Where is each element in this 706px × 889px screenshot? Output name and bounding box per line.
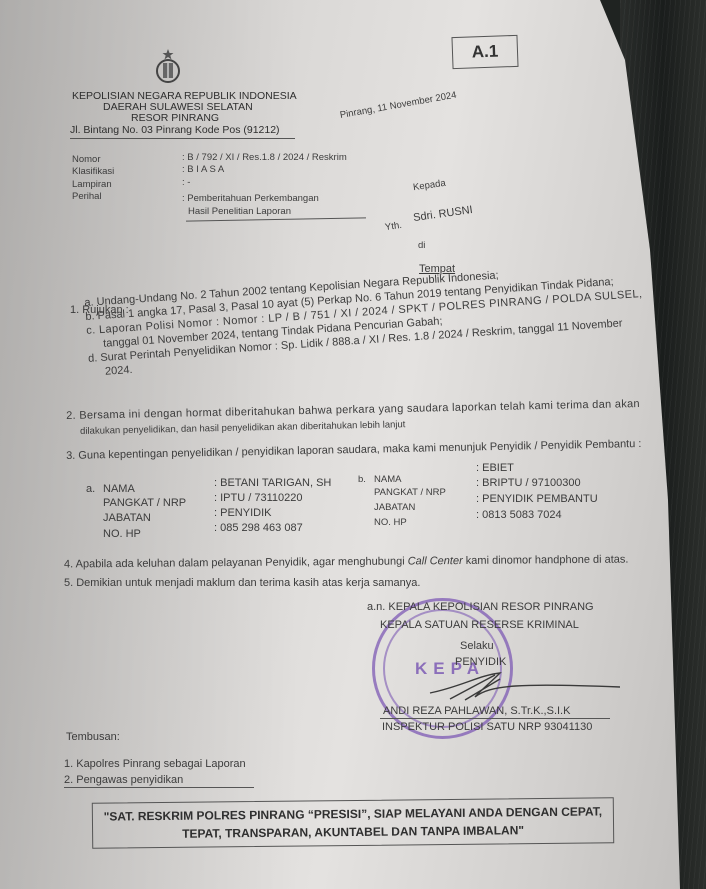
klasifikasi-label: Klasifikasi	[72, 166, 114, 177]
signature-line-2: KEPALA SATUAN RESERSE KRIMINAL	[380, 619, 579, 631]
signature-line-3: Selaku	[460, 640, 494, 652]
yth-label: Yth.	[384, 220, 402, 233]
investigator-a-marker: a.	[86, 483, 95, 495]
header-divider	[70, 138, 295, 139]
investigator-b-nama: : EBIET	[476, 462, 514, 474]
investigator-a-nama: : BETANI TARIGAN, SH	[214, 477, 331, 489]
tembusan-item-2: 2. Pengawas penyidikan	[64, 774, 183, 786]
klasifikasi-value: : B I A S A	[182, 164, 224, 175]
investigator-a-label-nama: NAMA	[103, 483, 135, 495]
tembusan-item-1: 1. Kapolres Pinrang sebagai Laporan	[64, 758, 246, 770]
investigator-a-label-pangkat: PANGKAT / NRP	[103, 497, 186, 509]
perihal-value-1: : Pemberitahuan Perkembangan	[182, 193, 319, 204]
signatory-underline	[380, 718, 610, 719]
tembusan-title: Tembusan:	[66, 731, 120, 743]
header-address: Jl. Bintang No. 03 Pinrang Kode Pos (912…	[70, 124, 280, 136]
investigator-b-marker: b.	[358, 474, 366, 485]
place-date: Pinrang, 11 November 2024	[339, 90, 457, 121]
perihal-underline	[186, 217, 366, 221]
motto-line-2: TEPAT, TRANSPARAN, AKUNTABEL DAN TANPA I…	[182, 821, 524, 843]
paragraph-4: 4. Apabila ada keluhan dalam pelayanan P…	[64, 554, 629, 571]
investigator-b-label-nama: NAMA	[374, 474, 401, 485]
nomor-value: : B / 792 / XI / Res.1.8 / 2024 / Reskri…	[182, 152, 347, 163]
handwritten-signature-icon	[420, 665, 620, 705]
investigator-b-hp: : 0813 5083 7024	[476, 509, 562, 521]
rujukan-list: a. Undang-Undang No. 2 Tahun 2002 tentan…	[84, 259, 646, 380]
investigator-b-label-jabatan: JABATAN	[374, 502, 415, 513]
perihal-value-2: Hasil Penelitian Laporan	[188, 206, 291, 217]
police-emblem-icon	[154, 48, 182, 84]
investigator-a-pangkat: : IPTU / 73110220	[214, 492, 302, 504]
paragraph-2-line-1: 2. Bersama ini dengan hormat diberitahuk…	[66, 398, 640, 422]
di-label: di	[418, 240, 425, 251]
investigator-b-jabatan: : PENYIDIK PEMBANTU	[476, 493, 598, 505]
tembusan-underline	[64, 787, 254, 788]
lampiran-label: Lampiran	[72, 179, 112, 190]
investigator-b-pangkat: : BRIPTU / 97100300	[476, 477, 581, 489]
recipient-name: Sdri. RUSNI	[412, 204, 473, 224]
investigator-a-jabatan: : PENYIDIK	[214, 507, 271, 519]
perihal-label: Perihal	[72, 191, 102, 202]
motto-box: "SAT. RESKRIM POLRES PINRANG “PRESISI”, …	[92, 797, 614, 848]
paragraph-5: 5. Demikian untuk menjadi maklum dan ter…	[64, 577, 420, 589]
paragraph-2-line-2: dilakukan penyelidikan, dan hasil penyel…	[80, 419, 406, 437]
document-code: A.1	[471, 42, 498, 63]
lampiran-value: : -	[182, 177, 190, 188]
investigator-b-label-hp: NO. HP	[374, 517, 407, 528]
paragraph-4-call-center: Call Center	[408, 555, 463, 567]
signatory-name: ANDI REZA PAHLAWAN, S.Tr.K.,S.I.K	[383, 705, 570, 717]
document-code-box: A.1	[451, 35, 518, 69]
investigator-a-hp: : 085 298 463 087	[214, 522, 303, 534]
signatory-rank: INSPEKTUR POLISI SATU NRP 93041130	[382, 721, 592, 733]
investigator-b-label-pangkat: PANGKAT / NRP	[374, 487, 446, 498]
paragraph-3: 3. Guna kepentingan penyelidikan / penyi…	[66, 438, 642, 462]
paragraph-4-text-end: kami dinomor handphone di atas.	[463, 554, 629, 567]
investigator-a-label-jabatan: JABATAN	[103, 512, 151, 524]
signature-line-1: a.n. KEPALA KEPOLISIAN RESOR PINRANG	[367, 601, 594, 613]
nomor-label: Nomor	[72, 154, 101, 165]
header-line-3: RESOR PINRANG	[131, 112, 219, 124]
kepada-label: Kepada	[412, 178, 446, 193]
paragraph-4-text: 4. Apabila ada keluhan dalam pelayanan P…	[64, 555, 408, 570]
investigator-a-label-hp: NO. HP	[103, 528, 141, 540]
letter-page: A.1 KEPOLISIAN NEGARA REPUBLIK INDONESIA…	[0, 0, 706, 889]
